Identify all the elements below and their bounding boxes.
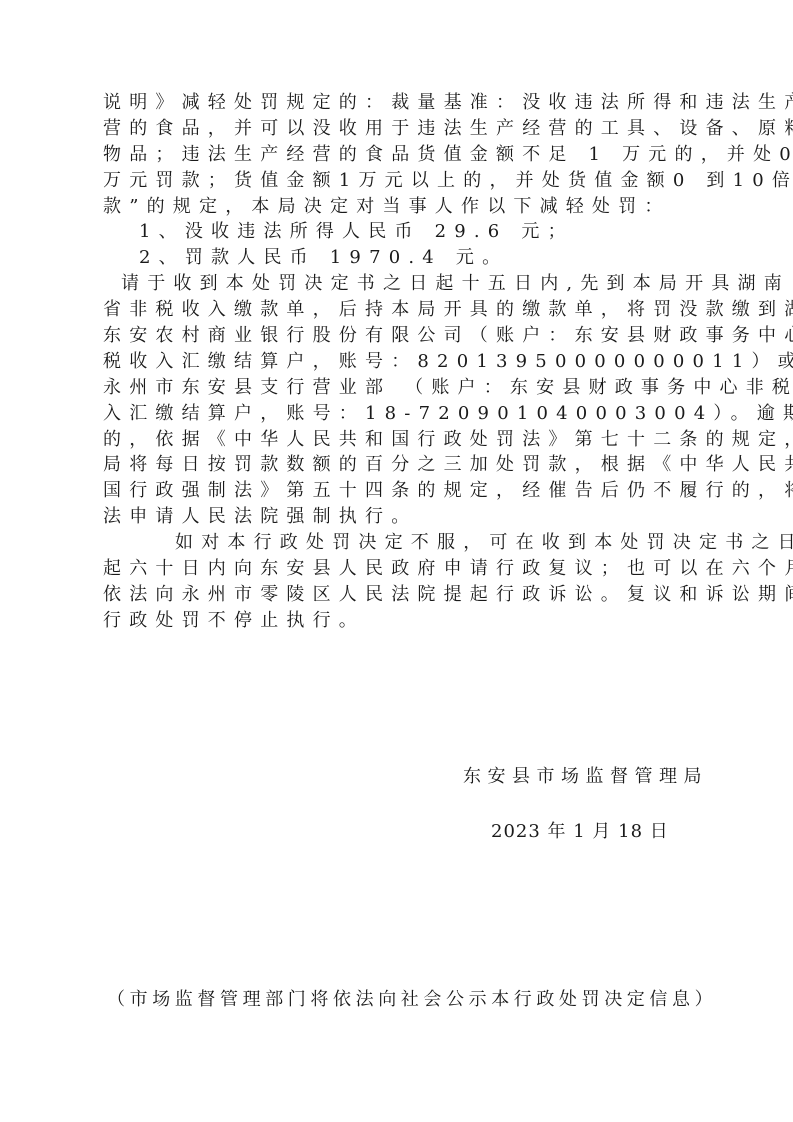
document-body: 说明》减轻处罚规定的：裁量基准：没收违法所得和违法生产经 营的食品，并可以没收用… bbox=[103, 90, 703, 634]
text-line: 法申请人民法院强制执行。 bbox=[103, 504, 703, 530]
paragraph-penalty-items: 1、没收违法所得人民币 29.6 元； 2、罚款人民币 1970.4 元。 bbox=[103, 219, 703, 271]
text-line: 税收入汇缴结算户，账号：82013950000000011）或农行湖南省 bbox=[103, 349, 703, 375]
document-page: 说明》减轻处罚规定的：裁量基准：没收违法所得和违法生产经 营的食品，并可以没收用… bbox=[0, 0, 793, 1122]
text-line: 东安农村商业银行股份有限公司（账户：东安县财政事务中心非 bbox=[103, 323, 703, 349]
text-line: 局将每日按罚款数额的百分之三加处罚款，根据《中华人民共和 bbox=[103, 452, 703, 478]
text-line: 入汇缴结算户，账号：18-720901040003004）。逾期不缴纳罚款 bbox=[103, 401, 703, 427]
text-line: 永州市东安县支行营业部 （账户：东安县财政事务中心非税收 bbox=[103, 375, 703, 401]
text-line: 国行政强制法》第五十四条的规定，经催告后仍不履行的，将依 bbox=[103, 478, 703, 504]
penalty-item-fine: 2、罚款人民币 1970.4 元。 bbox=[103, 245, 703, 271]
text-line: 起六十日内向东安县人民政府申请行政复议；也可以在六个月内 bbox=[103, 556, 703, 582]
publicity-note: （市场监督管理部门将依法向社会公示本行政处罚决定信息） bbox=[107, 988, 717, 1012]
paragraph-appeal-rights: 如对本行政处罚决定不服，可在收到本处罚决定书之日 起六十日内向东安县人民政府申请… bbox=[103, 530, 703, 634]
penalty-item-confiscation: 1、没收违法所得人民币 29.6 元； bbox=[103, 219, 703, 245]
text-line: 营的食品，并可以没收用于违法生产经营的工具、设备、原料等 bbox=[103, 116, 703, 142]
text-line: 物品；违法生产经营的食品货值金额不足 1 万元的，并处0到5 bbox=[103, 142, 703, 168]
text-line: 如对本行政处罚决定不服，可在收到本处罚决定书之日 bbox=[103, 530, 703, 556]
text-line: 说明》减轻处罚规定的：裁量基准：没收违法所得和违法生产经 bbox=[103, 90, 703, 116]
paragraph-payment-instructions: 请于收到本处罚决定书之日起十五日内,先到本局开具湖南 省非税收入缴款单，后持本局… bbox=[103, 271, 703, 530]
signature-organization: 东安县市场监督管理局 bbox=[463, 765, 708, 789]
text-line: 依法向永州市零陵区人民法院提起行政诉讼。复议和诉讼期间， bbox=[103, 582, 703, 608]
text-line: 请于收到本处罚决定书之日起十五日内,先到本局开具湖南 bbox=[103, 271, 703, 297]
text-line: 省非税收入缴款单，后持本局开具的缴款单，将罚没款缴到湖南 bbox=[103, 297, 703, 323]
text-line: 款”的规定，本局决定对当事人作以下减轻处罚： bbox=[103, 194, 703, 220]
text-line: 行政处罚不停止执行。 bbox=[103, 608, 703, 634]
signature-date: 2023 年 1 月 18 日 bbox=[491, 820, 669, 844]
paragraph-basis: 说明》减轻处罚规定的：裁量基准：没收违法所得和违法生产经 营的食品，并可以没收用… bbox=[103, 90, 703, 219]
text-line: 的，依据《中华人民共和国行政处罚法》第七十二条的规定，本 bbox=[103, 427, 703, 453]
text-line: 万元罚款；货值金额1万元以上的，并处货值金额0 到10倍罚 bbox=[103, 168, 703, 194]
